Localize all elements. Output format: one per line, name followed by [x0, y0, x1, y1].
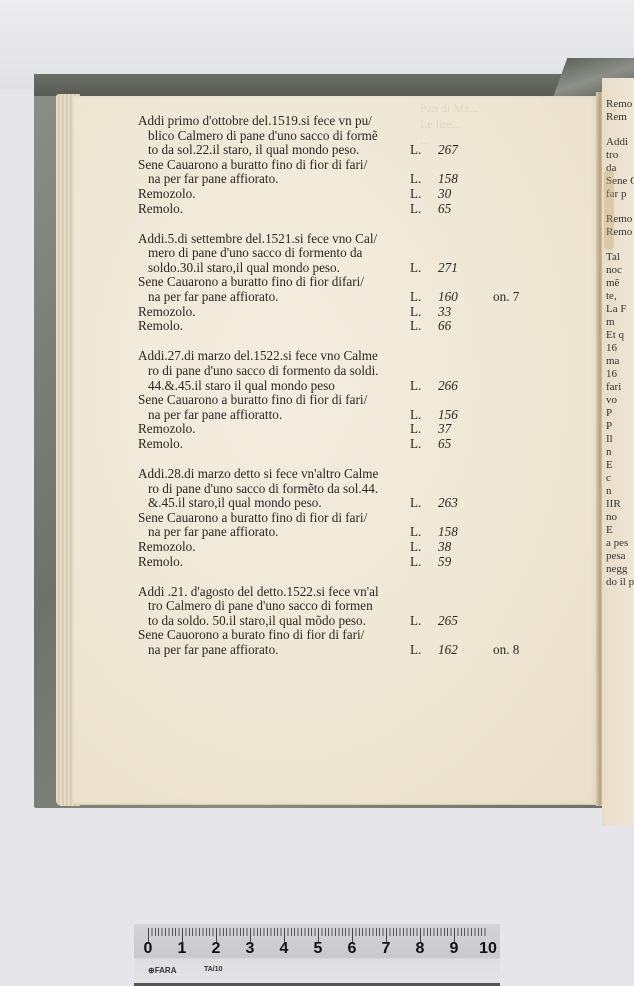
- unit-label: L.: [410, 187, 421, 202]
- weight-value: 59: [438, 555, 451, 570]
- water-stain: [604, 170, 614, 250]
- facing-fragment: a pes: [606, 537, 634, 550]
- facing-fragment: c: [606, 472, 634, 485]
- facing-fragment: te,: [606, 290, 634, 303]
- line-text: Remolo.: [138, 554, 183, 569]
- facing-fragment: La F: [606, 303, 634, 316]
- line-text: 44.&.45.il staro il qual mondo peso: [138, 378, 335, 393]
- calmiere-entry: Addi primo d'ottobre del.1519.si fece vn…: [138, 114, 578, 216]
- line-text: Sene Cauarono a buratto fino di fior di …: [138, 392, 367, 407]
- text-line: na per far pane affioratto.L.156: [138, 408, 578, 423]
- weight-value: 158: [438, 172, 458, 187]
- unit-label: L.: [410, 305, 421, 320]
- facing-fragment: vo: [606, 394, 634, 407]
- text-line: Remozolo.L.30: [138, 187, 578, 202]
- facing-fragment: n: [606, 446, 634, 459]
- unit-label: L.: [410, 555, 421, 570]
- text-line: ro di pane d'uno sacco di formento da so…: [138, 364, 578, 379]
- facing-fragment: [606, 124, 634, 136]
- facing-fragment: noc: [606, 264, 634, 277]
- weight-value: 162: [438, 643, 458, 658]
- calmiere-entry: Addi.27.di marzo del.1522.si fece vno Ca…: [138, 349, 578, 451]
- unit-label: L.: [410, 614, 421, 629]
- line-text: to da soldo. 50.il staro,il qual mõdo pe…: [138, 613, 366, 628]
- line-text: Addi .21. d'agosto del detto.1522.si fec…: [138, 584, 379, 599]
- weight-value: 37: [438, 422, 451, 437]
- line-text: na per far pane affiorato.: [138, 642, 278, 657]
- text-line: Sene Cauarono a buratto fino di fior di …: [138, 158, 578, 173]
- ruler-number: 4: [280, 940, 289, 958]
- line-text: Remozolo.: [138, 421, 196, 436]
- facing-fragment: no: [606, 511, 634, 524]
- text-line: Remozolo.L.33: [138, 305, 578, 320]
- facing-fragment: 16: [606, 368, 634, 381]
- facing-fragment: P: [606, 407, 634, 420]
- text-line: Addi.28.di marzo detto si fece vn'altro …: [138, 467, 578, 482]
- ruler-number: 1: [178, 940, 187, 958]
- text-line: &.45.il staro,il qual mondo peso.L.263: [138, 496, 578, 511]
- text-line: Sene Cauorono a burato fino di fior di f…: [138, 628, 578, 643]
- weight-value: 65: [438, 437, 451, 452]
- line-text: soldo.30.il staro,il qual mondo peso.: [138, 260, 340, 275]
- ruler-number: 8: [416, 940, 425, 958]
- text-line: Addi.5.di settembre del.1521.si fece vno…: [138, 232, 578, 247]
- text-line: Remozolo.L.38: [138, 540, 578, 555]
- facing-fragment: IIR: [606, 498, 634, 511]
- ruler-number: 6: [348, 940, 357, 958]
- unit-label: L.: [410, 319, 421, 334]
- line-text: Remolo.: [138, 436, 183, 451]
- weight-value: 30: [438, 187, 451, 202]
- cover-top-edge: [34, 74, 604, 96]
- ruler-brand: ⊕FARA: [148, 966, 176, 975]
- line-text: Sene Cauorono a burato fino di fior di f…: [138, 627, 364, 642]
- unit-label: L.: [410, 525, 421, 540]
- facing-fragment: mẽ: [606, 277, 634, 290]
- ruler-number: 5: [314, 940, 323, 958]
- line-text: Sene Cauarono a buratto fino di fior di …: [138, 157, 367, 172]
- text-line: na per far pane affiorato.L.158: [138, 525, 578, 540]
- weight-value: 266: [438, 379, 458, 394]
- facing-fragment: E: [606, 459, 634, 472]
- unit-label: L.: [410, 202, 421, 217]
- line-text: mero di pane d'uno sacco di formento da: [138, 245, 362, 260]
- text-line: Remolo.L.65: [138, 202, 578, 217]
- text-line: Addi .21. d'agosto del detto.1522.si fec…: [138, 585, 578, 600]
- line-text: Sene Cauarono a buratto fino di fior di …: [138, 510, 367, 525]
- unit-label: L.: [410, 143, 421, 158]
- ruler-number: 9: [450, 940, 459, 958]
- line-text: na per far pane affiorato.: [138, 524, 278, 539]
- calmiere-entry: Addi.5.di settembre del.1521.si fece vno…: [138, 232, 578, 334]
- text-line: Addi.27.di marzo del.1522.si fece vno Ca…: [138, 349, 578, 364]
- ruler-model: TA/10: [204, 966, 223, 973]
- unit-label: L.: [410, 172, 421, 187]
- weight-value: 160: [438, 290, 458, 305]
- unit-label: L.: [410, 540, 421, 555]
- facing-fragment: negg: [606, 563, 634, 576]
- text-line: Sene Cauarono a buratto fino di fior di …: [138, 511, 578, 526]
- weight-value: 263: [438, 496, 458, 511]
- text-line: na per far pane affiorato.L.160on. 7: [138, 290, 578, 305]
- facing-fragment: n: [606, 485, 634, 498]
- text-line: Sene Cauarono a buratto fino di fior di …: [138, 393, 578, 408]
- text-line: 44.&.45.il staro il qual mondo pesoL.266: [138, 379, 578, 394]
- text-line: Sene Cauarono a buratto fino di fior dif…: [138, 275, 578, 290]
- weight-value: 271: [438, 261, 458, 276]
- line-text: &.45.il staro,il qual mondo peso.: [138, 495, 322, 510]
- facing-fragment: 16: [606, 342, 634, 355]
- line-text: Sene Cauarono a buratto fino di fior dif…: [138, 274, 364, 289]
- line-text: blico Calmero di pane d'uno sacco di for…: [138, 128, 378, 143]
- ruler-number: 0: [144, 940, 153, 958]
- calmiere-entry: Addi .21. d'agosto del detto.1522.si fec…: [138, 585, 578, 658]
- ruler-numbers: 012345678910: [142, 940, 492, 960]
- facing-fragment: m: [606, 316, 634, 329]
- line-text: na per far pane affioratto.: [138, 407, 282, 422]
- line-text: ro di pane d'uno sacco di formẽto da sol…: [138, 481, 378, 496]
- unit-label: L.: [410, 408, 421, 423]
- facing-fragment: Tal: [606, 251, 634, 264]
- line-text: ro di pane d'uno sacco di formento da so…: [138, 363, 379, 378]
- ounces-value: on. 8: [493, 643, 519, 658]
- weight-value: 33: [438, 305, 451, 320]
- text-line: Remolo.L.59: [138, 555, 578, 570]
- scale-ruler: 012345678910 ⊕FARA TA/10: [134, 924, 500, 986]
- weight-value: 156: [438, 408, 458, 423]
- weight-value: 66: [438, 319, 451, 334]
- line-text: na per far pane affiorato.: [138, 171, 278, 186]
- facing-fragment: fari: [606, 381, 634, 394]
- ounces-value: on. 7: [493, 290, 519, 305]
- unit-label: L.: [410, 496, 421, 511]
- line-text: Addi.28.di marzo detto si fece vn'altro …: [138, 466, 378, 481]
- text-line: ro di pane d'uno sacco di formẽto da sol…: [138, 482, 578, 497]
- text-line: na per far pane affiorato.L.162on. 8: [138, 643, 578, 658]
- weight-value: 65: [438, 202, 451, 217]
- text-line: soldo.30.il staro,il qual mondo peso.L.2…: [138, 261, 578, 276]
- facing-fragment: Et q: [606, 329, 634, 342]
- text-line: to da soldo. 50.il staro,il qual mõdo pe…: [138, 614, 578, 629]
- unit-label: L.: [410, 379, 421, 394]
- unit-label: L.: [410, 290, 421, 305]
- line-text: to da sol.22.il staro, il qual mondo pes…: [138, 142, 359, 157]
- ruler-number: 2: [212, 940, 221, 958]
- text-line: Addi primo d'ottobre del.1519.si fece vn…: [138, 114, 578, 129]
- ruler-number: 7: [382, 940, 391, 958]
- text-line: Remozolo.L.37: [138, 422, 578, 437]
- unit-label: L.: [410, 422, 421, 437]
- line-text: Remozolo.: [138, 186, 196, 201]
- weight-value: 38: [438, 540, 451, 555]
- page-content: Addi primo d'ottobre del.1519.si fece vn…: [138, 114, 578, 673]
- text-line: to da sol.22.il staro, il qual mondo pes…: [138, 143, 578, 158]
- facing-fragment: Addi: [606, 136, 634, 149]
- text-line: Remolo.L.65: [138, 437, 578, 452]
- ruler-number: 10: [479, 940, 497, 958]
- line-text: na per far pane affiorato.: [138, 289, 278, 304]
- facing-fragment: ma: [606, 355, 634, 368]
- line-text: Remozolo.: [138, 539, 196, 554]
- line-text: Remolo.: [138, 318, 183, 333]
- line-text: Addi primo d'ottobre del.1519.si fece vn…: [138, 113, 372, 128]
- facing-fragment: tro: [606, 149, 634, 162]
- line-text: Addi.27.di marzo del.1522.si fece vno Ca…: [138, 348, 378, 363]
- facing-fragment: Il: [606, 433, 634, 446]
- weight-value: 267: [438, 143, 458, 158]
- facing-fragment: do il p: [606, 576, 634, 589]
- unit-label: L.: [410, 437, 421, 452]
- line-text: Addi.5.di settembre del.1521.si fece vno…: [138, 231, 377, 246]
- weight-value: 265: [438, 614, 458, 629]
- line-text: tro Calmero di pane d'uno sacco di forme…: [138, 598, 373, 613]
- facing-fragment: E: [606, 524, 634, 537]
- text-line: tro Calmero di pane d'uno sacco di forme…: [138, 599, 578, 614]
- unit-label: L.: [410, 261, 421, 276]
- text-line: blico Calmero di pane d'uno sacco di for…: [138, 129, 578, 144]
- line-text: Remolo.: [138, 201, 183, 216]
- weight-value: 158: [438, 525, 458, 540]
- ruler-number: 3: [246, 940, 255, 958]
- unit-label: L.: [410, 643, 421, 658]
- facing-fragment: Remo: [606, 98, 634, 111]
- text-line: na per far pane affiorato.L.158: [138, 172, 578, 187]
- text-line: Remolo.L.66: [138, 319, 578, 334]
- calmiere-entry: Addi.28.di marzo detto si fece vn'altro …: [138, 467, 578, 569]
- facing-fragment: Rem: [606, 111, 634, 124]
- line-text: Remozolo.: [138, 304, 196, 319]
- text-line: mero di pane d'uno sacco di formento da: [138, 246, 578, 261]
- facing-fragment: pesa: [606, 550, 634, 563]
- facing-fragment: P: [606, 420, 634, 433]
